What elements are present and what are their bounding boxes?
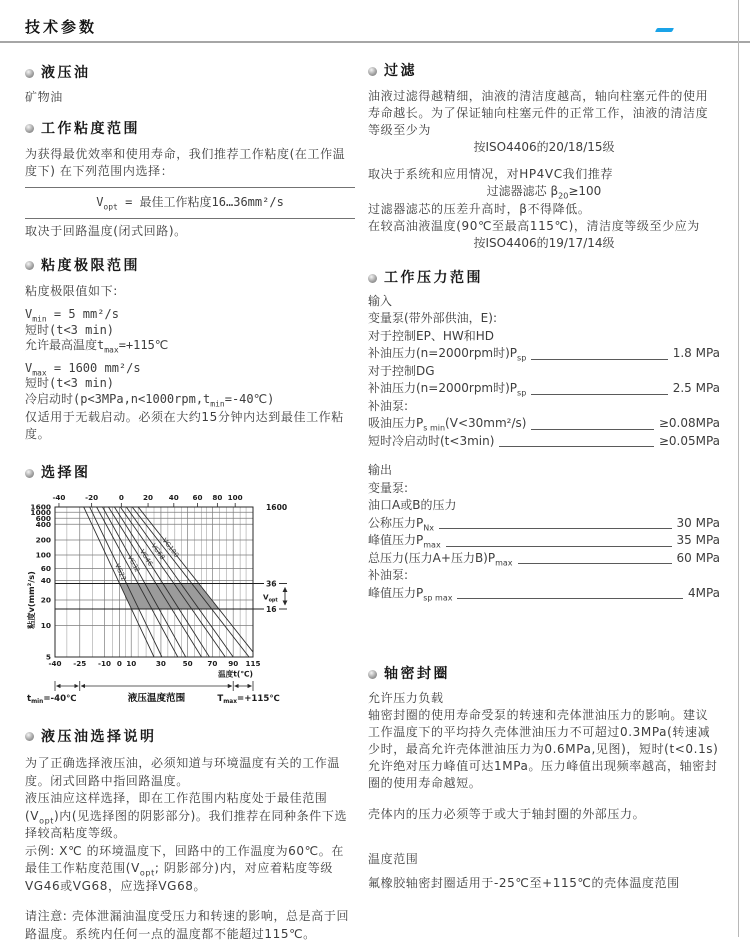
- formula-subscript: opt: [103, 202, 117, 211]
- section-title: 液压油: [41, 65, 91, 82]
- pressure-group-line: 对于控制DG: [368, 363, 720, 381]
- spec-value: 2.5 MPa: [673, 380, 720, 398]
- filtration-p4: 在较高油液温度(90℃至最高115℃)，清洁度等级至少应为: [368, 218, 720, 235]
- section-title: 轴密封圈: [384, 666, 450, 683]
- oil-selection-p2: 液压油应这样选择，即在工作范围内粘度处于最佳范围(Vopt)内(见选择图的阴影部…: [25, 790, 355, 843]
- filtration-p2: 取决于系统和应用情况，对HP4VC我们推荐: [368, 166, 720, 183]
- svg-text:200: 200: [36, 535, 51, 544]
- seal-p1: 轴密封圈的使用寿命受泵的转速和壳体泄油压力的影响。建议工作温度下的平均持久壳体泄…: [368, 707, 720, 792]
- section-bullet-icon: [25, 732, 34, 741]
- svg-text:-25: -25: [73, 659, 86, 668]
- section-title: 过滤: [384, 63, 417, 80]
- working-viscosity-note: 取决于回路温度(闭式回路)。: [25, 223, 355, 240]
- svg-text:36: 36: [266, 579, 277, 588]
- svg-text:30: 30: [156, 659, 166, 668]
- working-viscosity-intro: 为获得最优效率和使用寿命，我们推荐工作粘度(在工作温度下) 在下列范围内选择：: [25, 146, 355, 180]
- section-bullet-icon: [368, 67, 377, 76]
- datasheet-page: 技术参数 液压油 矿物油 工作粘度范围 为获得最优效率和使用寿命，我们推荐工作粘…: [0, 0, 750, 946]
- svg-text:Vopt: Vopt: [263, 592, 278, 603]
- pressure-group-line: 变量泵(带外部供油，E):: [368, 310, 720, 328]
- section-filtration: 过滤: [368, 63, 720, 80]
- section-bullet-icon: [25, 69, 34, 78]
- section-bullet-icon: [25, 124, 34, 133]
- svg-text:温度t(℃): 温度t(℃): [218, 668, 253, 678]
- svg-text:70: 70: [207, 659, 217, 668]
- spec-value: 4MPa: [688, 585, 720, 603]
- svg-text:0: 0: [119, 493, 124, 502]
- svg-text:60: 60: [41, 564, 51, 573]
- section-oil-selection-notes: 液压油选择说明: [25, 729, 355, 746]
- pressure-group-line: 油口A或B的压力: [368, 497, 720, 515]
- section-viscosity-limits: 粘度极限范围: [25, 258, 355, 275]
- spec-value: ≥0.05MPa: [659, 433, 720, 451]
- svg-text:16: 16: [266, 604, 277, 613]
- pressure-spec-row: 公称压力PNx 30 MPa: [368, 515, 720, 533]
- svg-text:10: 10: [126, 659, 136, 668]
- right-column: 过滤 油液过滤得越精细，油液的清洁度越高，轴向柱塞元件的使用寿命越长。为了保证轴…: [368, 43, 720, 892]
- leader-line: [446, 546, 672, 547]
- svg-text:VG46: VG46: [138, 547, 154, 567]
- page-right-border: [738, 0, 739, 937]
- seal-subheading-temp: 温度范围: [368, 851, 720, 868]
- section-hydraulic-oil: 液压油: [25, 65, 355, 82]
- seal-p3: 氟橡胶轴密封圈适用于-25℃至+115℃的壳体温度范围: [368, 875, 720, 892]
- svg-text:-20: -20: [85, 493, 98, 502]
- filtration-iso-class-1: 按ISO4406的20/18/15级: [368, 139, 720, 157]
- section-bullet-icon: [368, 274, 377, 283]
- svg-text:90: 90: [228, 659, 238, 668]
- vmax-block: Vmax = 1600 mm²/s 短时(t<3 min) 冷启动时(p<3MP…: [25, 361, 355, 408]
- section-bullet-icon: [368, 670, 377, 679]
- section-working-viscosity: 工作粘度范围: [25, 121, 355, 138]
- svg-text:400: 400: [36, 519, 51, 528]
- svg-text:0: 0: [117, 659, 122, 668]
- svg-text:1600: 1600: [266, 503, 287, 512]
- leader-line: [439, 528, 672, 529]
- oil-selection-p1: 为了正确选择液压油，必须知道与环境温度有关的工作温度。闭式回路中指回路温度。: [25, 755, 355, 790]
- vmax-duration: 短时(t<3 min): [25, 376, 355, 392]
- seal-subheading-load: 允许压力负载: [368, 690, 720, 707]
- section-pressure-range: 工作压力范围: [368, 270, 720, 287]
- viscosity-limits-note: 仅适用于无载启动。必须在大约15分钟内达到最佳工作粘度。: [25, 409, 355, 443]
- svg-text:60: 60: [193, 493, 203, 502]
- vmax-line: Vmax = 1600 mm²/s: [25, 361, 355, 377]
- pressure-input-block: 输入 变量泵(带外部供油，E): 对于控制EP、HW和HD 补油压力(n=200…: [368, 293, 720, 451]
- pressure-spec-row: 总压力(压力A+压力B)Pmax 60 MPa: [368, 550, 720, 568]
- svg-text:tmin=-40℃: tmin=-40℃: [27, 694, 77, 705]
- section-title: 工作粘度范围: [41, 121, 140, 138]
- svg-text:液压温度范围: 液压温度范围: [128, 692, 186, 704]
- hydraulic-oil-body: 矿物油: [25, 89, 355, 106]
- svg-text:100: 100: [228, 493, 243, 502]
- pressure-group-line: 补油泵:: [368, 567, 720, 585]
- section-title: 液压油选择说明: [41, 729, 157, 746]
- oil-selection-warning: 请注意: 壳体泄漏油温度受压力和转速的影响，总是高于回路温度。系统内任何一点的温…: [25, 908, 355, 943]
- leader-line: [499, 446, 653, 447]
- svg-text:-10: -10: [98, 659, 111, 668]
- pressure-group-line: 补油泵:: [368, 398, 720, 416]
- pressure-input-label: 输入: [368, 293, 720, 311]
- left-column: 液压油 矿物油 工作粘度范围 为获得最优效率和使用寿命，我们推荐工作粘度(在工作…: [25, 43, 355, 943]
- pressure-output-block: 输出 变量泵: 油口A或B的压力 公称压力PNx 30 MPa 峰值压力Pmax…: [368, 462, 720, 602]
- svg-text:40: 40: [169, 493, 179, 502]
- pressure-spec-row: 峰值压力Pmax 35 MPa: [368, 532, 720, 550]
- svg-text:50: 50: [183, 659, 193, 668]
- pressure-output-label: 输出: [368, 462, 720, 480]
- leader-line: [531, 394, 667, 395]
- svg-text:20: 20: [41, 595, 51, 604]
- pressure-spec-row: 短时冷启动时(t<3min) ≥0.05MPa: [368, 433, 720, 451]
- pressure-spec-row: 峰值压力Psp max 4MPa: [368, 585, 720, 603]
- svg-text:5: 5: [46, 652, 51, 661]
- leader-line: [518, 563, 672, 564]
- accent-dash: [655, 28, 674, 32]
- spec-value: 1.8 MPa: [673, 345, 720, 363]
- filtration-beta-rating: 过滤器滤芯 β20≥100: [368, 183, 720, 201]
- svg-text:-40: -40: [52, 493, 65, 502]
- vmax-coldstart: 冷启动时(p<3MPa,n<1000rpm,tmin=-40℃): [25, 392, 355, 408]
- vmin-line: Vmin = 5 mm²/s: [25, 307, 355, 323]
- svg-text:10: 10: [41, 621, 51, 630]
- pressure-spec-row: 补油压力(n=2000rpm时)Psp 2.5 MPa: [368, 380, 720, 398]
- filtration-iso-class-2: 按ISO4406的19/17/14级: [368, 235, 720, 253]
- page-title: 技术参数: [25, 16, 97, 37]
- section-selection-chart: 选择图: [25, 465, 355, 482]
- vmin-duration: 短时(t<3 min): [25, 323, 355, 339]
- svg-text:80: 80: [212, 493, 222, 502]
- oil-selection-p3: 示例: X℃ 的环境温度下，回路中的工作温度为60℃。在最佳工作粘度范围(Vop…: [25, 843, 355, 896]
- filtration-p3: 过滤器滤芯的压差升高时，β不得降低。: [368, 201, 720, 218]
- viscosity-limits-intro: 粘度极限值如下:: [25, 283, 355, 300]
- section-title: 选择图: [41, 465, 91, 482]
- seal-p2: 壳体内的压力必须等于或大于轴封圈的外部压力。: [368, 806, 720, 823]
- leader-line: [531, 359, 667, 360]
- svg-text:20: 20: [143, 493, 153, 502]
- leader-line: [531, 429, 653, 430]
- spec-value: 60 MPa: [677, 550, 721, 568]
- formula-rest: = 最佳工作粘度16…36mm²/s: [118, 195, 284, 209]
- section-shaft-seal: 轴密封圈: [368, 666, 720, 683]
- svg-text:100: 100: [36, 550, 51, 559]
- svg-text:VG22: VG22: [113, 562, 128, 582]
- vmin-maxtemp: 允许最高温度tmax=+115℃: [25, 338, 355, 354]
- spec-value: ≥0.08MPa: [659, 415, 720, 433]
- spec-value: 30 MPa: [677, 515, 721, 533]
- leader-line: [457, 598, 682, 599]
- section-title: 工作压力范围: [384, 270, 483, 287]
- selection-chart: -40-25-100103050709011516001000600400200…: [25, 487, 345, 709]
- section-title: 粘度极限范围: [41, 258, 140, 275]
- section-bullet-icon: [25, 261, 34, 270]
- filtration-p1: 油液过滤得越精细，油液的清洁度越高，轴向柱塞元件的使用寿命越长。为了保证轴向柱塞…: [368, 88, 720, 139]
- vmin-block: Vmin = 5 mm²/s 短时(t<3 min) 允许最高温度tmax=+1…: [25, 307, 355, 354]
- vopt-formula: Vopt = 最佳工作粘度16…36mm²/s: [25, 187, 355, 219]
- section-bullet-icon: [25, 469, 34, 478]
- spec-value: 35 MPa: [677, 532, 721, 550]
- svg-text:Tmax=+115℃: Tmax=+115℃: [217, 694, 280, 705]
- oil-selection-paragraphs: 为了正确选择液压油，必须知道与环境温度有关的工作温度。闭式回路中指回路温度。 液…: [25, 755, 355, 895]
- pressure-group-line: 对于控制EP、HW和HD: [368, 328, 720, 346]
- pressure-group-line: 变量泵:: [368, 480, 720, 498]
- svg-text:115: 115: [245, 659, 260, 668]
- pressure-spec-row: 补油压力(n=2000rpm时)Psp 1.8 MPa: [368, 345, 720, 363]
- svg-text:40: 40: [41, 576, 51, 585]
- pressure-spec-row: 吸油压力Ps min(V<30mm²/s) ≥0.08MPa: [368, 415, 720, 433]
- svg-text:粘度v(mm²/s): 粘度v(mm²/s): [26, 570, 36, 629]
